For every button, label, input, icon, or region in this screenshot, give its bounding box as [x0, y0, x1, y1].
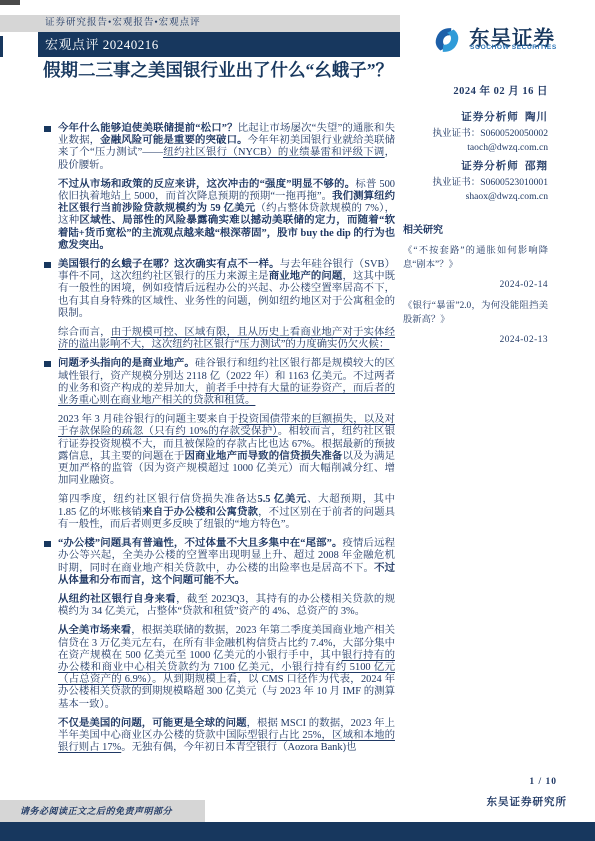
paragraph-segment: 金融风险可能是重要的突破口。 — [100, 135, 248, 146]
analysts-block: 证券分析师 陶川执业证书：S0600520050002taoch@dwzq.co… — [403, 109, 548, 204]
analyst-role-name: 证券分析师 邵翔 — [403, 158, 548, 173]
body-paragraph: 从纽约社区银行自身来看，截至 2023Q3，其持有的办公楼相关贷款的规模约为 3… — [43, 594, 395, 618]
bullet-square-icon — [44, 126, 51, 133]
disclaimer-text: 请务必阅读正文之后的免责声明部分 — [0, 800, 205, 822]
paragraph-segment: 纽约社区银行（NYCB）的业绩暴雷和评级下调 — [163, 147, 385, 158]
report-banner: 宏观点评 20240216 — [38, 32, 400, 57]
body-paragraphs: 今年什么能够迫使美联储提前“松口”？比起让市场屡次“失望”的通胀和失业数据，金融… — [43, 123, 395, 761]
paragraph-segment: 美国银行的幺蛾子在哪？这次确实有点不一样。 — [58, 259, 280, 270]
sidebar: 2024 年 02 月 16 日 证券分析师 陶川执业证书：S060052005… — [403, 83, 548, 354]
report-title: 假期二三事之美国银行业出了什么“幺蛾子”？ — [43, 59, 401, 83]
paragraph-segment: 问题矛头指向的是商业地产。 — [58, 358, 195, 369]
bullet-square-icon — [44, 541, 51, 548]
paragraph-segment: 从纽约社区银行自身来看 — [58, 594, 176, 605]
analyst-entry: 证券分析师 邵翔执业证书：S0600523010001shaox@dwzq.co… — [403, 158, 548, 204]
body-paragraph: 2023 年 3 月硅谷银行的问题主要来自于投资国债带来的巨额损失，以及对于存款… — [43, 414, 395, 487]
paragraph-segment: 2023 年 3 月硅谷银行的问题主要来自于 — [58, 414, 238, 425]
brand-name-en: SOOCHOW SECURITIES — [470, 44, 557, 51]
brand-logo: 东吴证券 SOOCHOW SECURITIES — [428, 21, 578, 61]
body-paragraph: 综合而言，由于规模可控、区域有限，且从历史上看商业地产对于实体经济的溢出影响不大… — [43, 327, 395, 351]
paragraph-segment: “办公楼”问题具有普遍性，不过体量不大且多集中在“尾部”。 — [58, 538, 343, 549]
scan-edge-mark — [0, 36, 3, 57]
related-research-title: 《银行“暴雷”2.0，为何没能阻挡美股新高？》 — [403, 299, 548, 327]
paragraph-segment: 第四季度，纽约社区银行信贷损失准备达 — [58, 494, 258, 505]
paragraph-segment: 。无独有偶，今年初日本青空银行（Aozora Bank)也 — [121, 742, 356, 753]
breadcrumb: 证券研究报告•宏观报告•宏观点评 — [0, 15, 400, 32]
paragraph-segment: 今年什么能够迫使美联储提前“松口”？ — [58, 123, 238, 134]
analyst-cert: 执业证书：S0600520050002 — [403, 127, 548, 141]
analyst-role-name: 证券分析师 陶川 — [403, 109, 548, 124]
body-paragraph: 美国银行的幺蛾子在哪？这次确实有点不一样。与去年硅谷银行（SVB）事件不同，这次… — [43, 259, 395, 320]
related-research-item: 《银行“暴雷”2.0，为何没能阻挡美股新高？》2024-02-13 — [403, 299, 548, 345]
report-type-strip: 证券研究报告•宏观报告•宏观点评 — [0, 15, 400, 32]
paragraph-segment: 从全美市场来看 — [58, 625, 131, 636]
report-banner-label: 宏观点评 20240216 — [38, 32, 400, 57]
related-research-title: 《“不按套路”的通胀如何影响降息“剧本”？》 — [403, 244, 548, 272]
body-paragraph: “办公楼”问题具有普遍性，不过体量不大且多集中在“尾部”。疫情后远程办公等兴起，… — [43, 538, 395, 587]
body-paragraph: 问题矛头指向的是商业地产。硅谷银行和纽约社区银行都是规模较大的区域性银行，资产规… — [43, 358, 395, 407]
body-paragraph: 从全美市场来看，根据美联储的数据，2023 年第二季度美国商业地产相关信贷在 3… — [43, 625, 395, 710]
paragraph-segment: 综合而言， — [58, 327, 111, 338]
footer-bar — [0, 822, 595, 841]
analyst-email-link[interactable]: shaox@dwzq.com.cn — [403, 190, 548, 204]
report-date: 2024 年 02 月 16 日 — [403, 83, 548, 98]
scan-corner-mark — [0, 0, 20, 5]
body-paragraph: 不仅是美国的问题，可能更是全球的问题，根据 MSCI 的数据，2023 年上半年… — [43, 718, 395, 755]
related-research-date: 2024-02-13 — [403, 335, 548, 345]
paragraph-segment: 不过从市场和政策的反应来讲，这次冲击的“强度”明显不够的。 — [58, 179, 355, 190]
paragraph-segment: 不仅是美国的问题，可能更是全球的问题 — [58, 718, 247, 729]
analyst-email-link[interactable]: taoch@dwzq.com.cn — [403, 141, 548, 155]
report-page: 证券研究报告•宏观报告•宏观点评 宏观点评 20240216 假期二三事之美国银… — [0, 0, 595, 841]
body-paragraph: 第四季度，纽约社区银行信贷损失准备达5.5 亿美元、大超预期，其中 1.85 亿… — [43, 494, 395, 531]
analyst-cert: 执业证书：S0600523010001 — [403, 176, 548, 190]
body-paragraph: 今年什么能够迫使美联储提前“松口”？比起让市场屡次“失望”的通胀和失业数据，金融… — [43, 123, 395, 172]
page-number: 1 / 10 — [529, 777, 557, 787]
related-research-heading: 相关研究 — [403, 221, 548, 236]
bullet-square-icon — [44, 361, 51, 368]
paragraph-segment: 区域性、局部性的风险暴露确实难以撼动美联储的定力，而随着“软着陆+货币宽松”的主… — [58, 215, 395, 250]
related-research-date: 2024-02-14 — [403, 280, 548, 290]
soochow-logo-icon — [428, 21, 466, 59]
paragraph-segment: 因商业地产而导致的信贷损失准备 — [184, 451, 342, 462]
body-paragraph: 不过从市场和政策的反应来讲，这次冲击的“强度”明显不够的。标普 500 依旧执着… — [43, 179, 395, 252]
paragraph-segment: 商业地产的问题 — [269, 271, 343, 282]
related-research-list: 《“不按套路”的通胀如何影响降息“剧本”？》2024-02-14《银行“暴雷”2… — [403, 244, 548, 345]
related-research-item: 《“不按套路”的通胀如何影响降息“剧本”？》2024-02-14 — [403, 244, 548, 290]
bullet-square-icon — [44, 262, 51, 269]
paragraph-segment: 来自于办公楼和公寓贷款 — [142, 507, 258, 518]
research-institute: 东吴证券研究所 — [487, 794, 568, 809]
paragraph-segment: 5.5 亿美元 — [258, 494, 308, 505]
disclaimer-strip: 请务必阅读正文之后的免责声明部分 — [0, 800, 205, 822]
analyst-entry: 证券分析师 陶川执业证书：S0600520050002taoch@dwzq.co… — [403, 109, 548, 155]
